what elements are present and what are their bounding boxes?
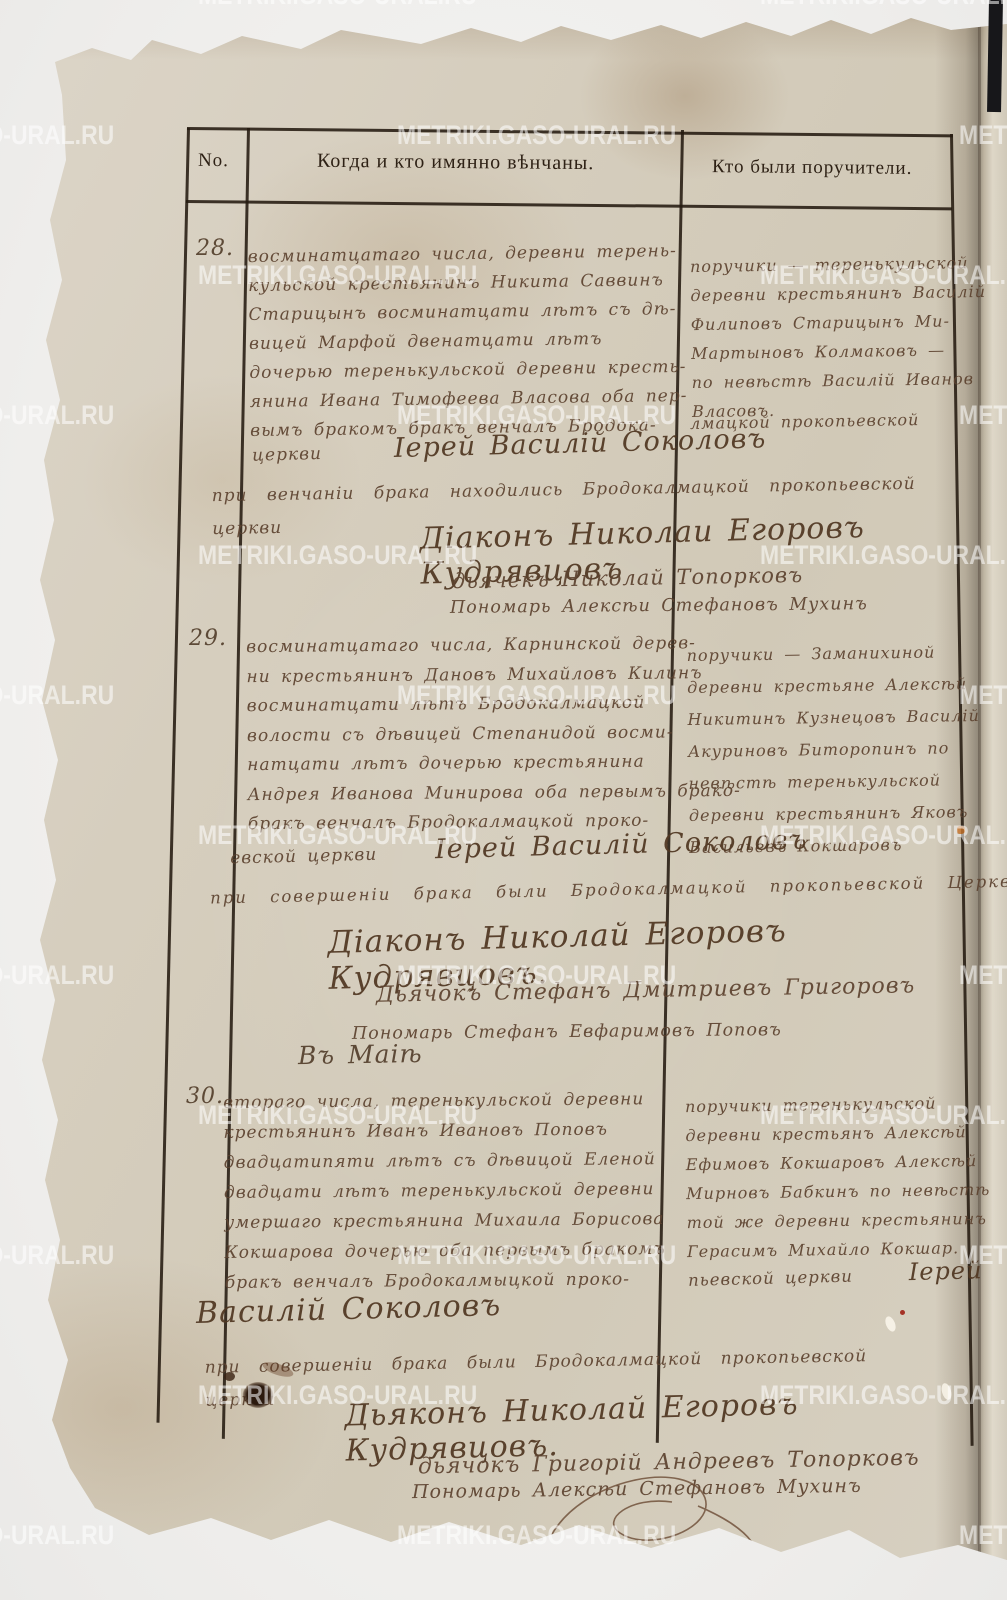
handwriting-line: деревни крестьяне Алексѣй [687, 668, 980, 704]
handwriting-line: Старицынъ восминатцати лѣтъ съ дѣ- [248, 295, 686, 330]
handwriting-line: натцати лѣтъ дочерью крестьянина [247, 747, 741, 781]
handwriting-line: Кокшарова дочерью оба первымъ бракомъ [224, 1234, 666, 1268]
handwriting-line: втораго числа, теренькульской деревни [223, 1084, 665, 1118]
entry-number: 28. [196, 236, 234, 261]
marriage-record-text: восминатцатаго числа, Карнинской дерев-н… [246, 629, 741, 840]
church-word: евской церкви [230, 845, 377, 869]
paper-sheet: No. Когда и кто имянно вѣнчаны. Кто были… [0, 0, 1007, 1600]
column-header-married: Когда и кто имянно вѣнчаны. [317, 150, 594, 175]
handwriting-line: поручики — теренькульской [690, 248, 986, 281]
handwriting-line: умершаго крестьянина Михаила Борисова [224, 1204, 666, 1238]
handwriting-line: ни крестьянинъ Дановъ Михайловъ Килинъ [246, 658, 740, 692]
handwriting-line: Филиповъ Старицынъ Ми- [691, 306, 987, 339]
ceremony-note: при совершеніи брака были Бродокалмацкой… [210, 871, 1007, 907]
guarantors-text: поручики теренькульскойдеревни крестьянъ… [685, 1088, 991, 1266]
marriage-record-text: втораго числа, теренькульской деревникре… [223, 1084, 666, 1298]
handwriting-line: Мирновъ Бабкинъ по невѣстѣ [686, 1175, 990, 1208]
orange-mark [957, 826, 965, 834]
record-continuation: пьевской церкви [688, 1267, 853, 1290]
handwriting-line: Ефимовъ Кокшаровъ Алексѣй [686, 1146, 990, 1179]
watermark-text: METRIKI.GASO-URAL.RU [760, 0, 1007, 11]
clergy-signature-ponomar: Пономарь Алексѣи Стефановъ Мухинъ [450, 594, 868, 618]
church-word: церкви [252, 444, 322, 466]
handwriting-line: двадцати лѣтъ теренькульской деревни [224, 1174, 666, 1208]
handwriting-line: восминатцати лѣтъ Бродокалмацкой [247, 688, 741, 722]
table-header-rule [186, 200, 952, 210]
handwriting-line: невѣстѣ теренькульской [688, 764, 981, 800]
handwriting-line: по невѣстѣ Василій Иванов [691, 364, 987, 397]
signature-flourish [540, 1458, 800, 1588]
column-header-guarantors: Кто были поручители. [712, 156, 913, 180]
scanned-page: No. Когда и кто имянно вѣнчаны. Кто были… [0, 0, 1007, 1600]
dirt-fleck [608, 8, 629, 33]
table-left-border [156, 128, 190, 1423]
clergy-signature-sexton: дьячекъ Николай Топорковъ [452, 563, 804, 593]
priest-title-word: Іерей [908, 1256, 982, 1286]
entry-number: 30. [186, 1084, 224, 1109]
handwriting-line: Никитинъ Кузнецовъ Василій [687, 700, 980, 736]
handwriting-line: поручики — Заманихиной [686, 636, 979, 672]
handwriting-line: Акуриновъ Биторопинъ по [688, 732, 981, 768]
handwriting-line: двадцатипяти лѣтъ съ дѣвицой Еленой [224, 1144, 666, 1178]
red-speck [900, 1310, 905, 1315]
paper-speck [883, 1315, 897, 1333]
handwriting-line: при совершеніи брака были Бродокалмацкой… [210, 871, 1007, 907]
handwriting-line: той же деревни крестьянинъ [686, 1204, 990, 1237]
handwriting-line: волости съ дѣвицей Степанидой восми- [247, 717, 741, 751]
ink-blot-small [224, 1372, 235, 1381]
marriage-record-text: восминатцатаго числа, деревни терень-кул… [248, 237, 688, 446]
entry-number: 29. [189, 626, 227, 651]
handwriting-line: деревни крестьянинъ Василій [690, 277, 986, 310]
ribbon-bookmark [987, 0, 1003, 112]
watermark-text: METRIKI.GASO-URAL.RU [198, 0, 477, 11]
handwriting-line: восминатцатаго числа, Карнинской дерев- [246, 629, 740, 663]
guarantors-text: поручики — теренькульскойдеревни крестья… [690, 248, 988, 426]
priest-signature: Василій Соколовъ [196, 1288, 502, 1331]
handwriting-line: деревни крестьянъ Алексѣй [685, 1117, 989, 1150]
table-top-rule [187, 127, 953, 137]
handwriting-line: крестьянинъ Иванъ Ивановъ Поповъ [223, 1114, 665, 1148]
handwriting-line: Мартыновъ Колмаковъ — [691, 335, 987, 368]
handwriting-line: Андрея Иванова Минирова оба первымъ брак… [247, 776, 741, 810]
handwriting-line: поручики теренькульской [685, 1088, 989, 1121]
column-header-no: No. [198, 150, 229, 172]
watermark-text: METRIKI.GASO-URAL.RU [0, 1520, 114, 1551]
section-heading-month: Въ Маіѣ [298, 1039, 423, 1070]
